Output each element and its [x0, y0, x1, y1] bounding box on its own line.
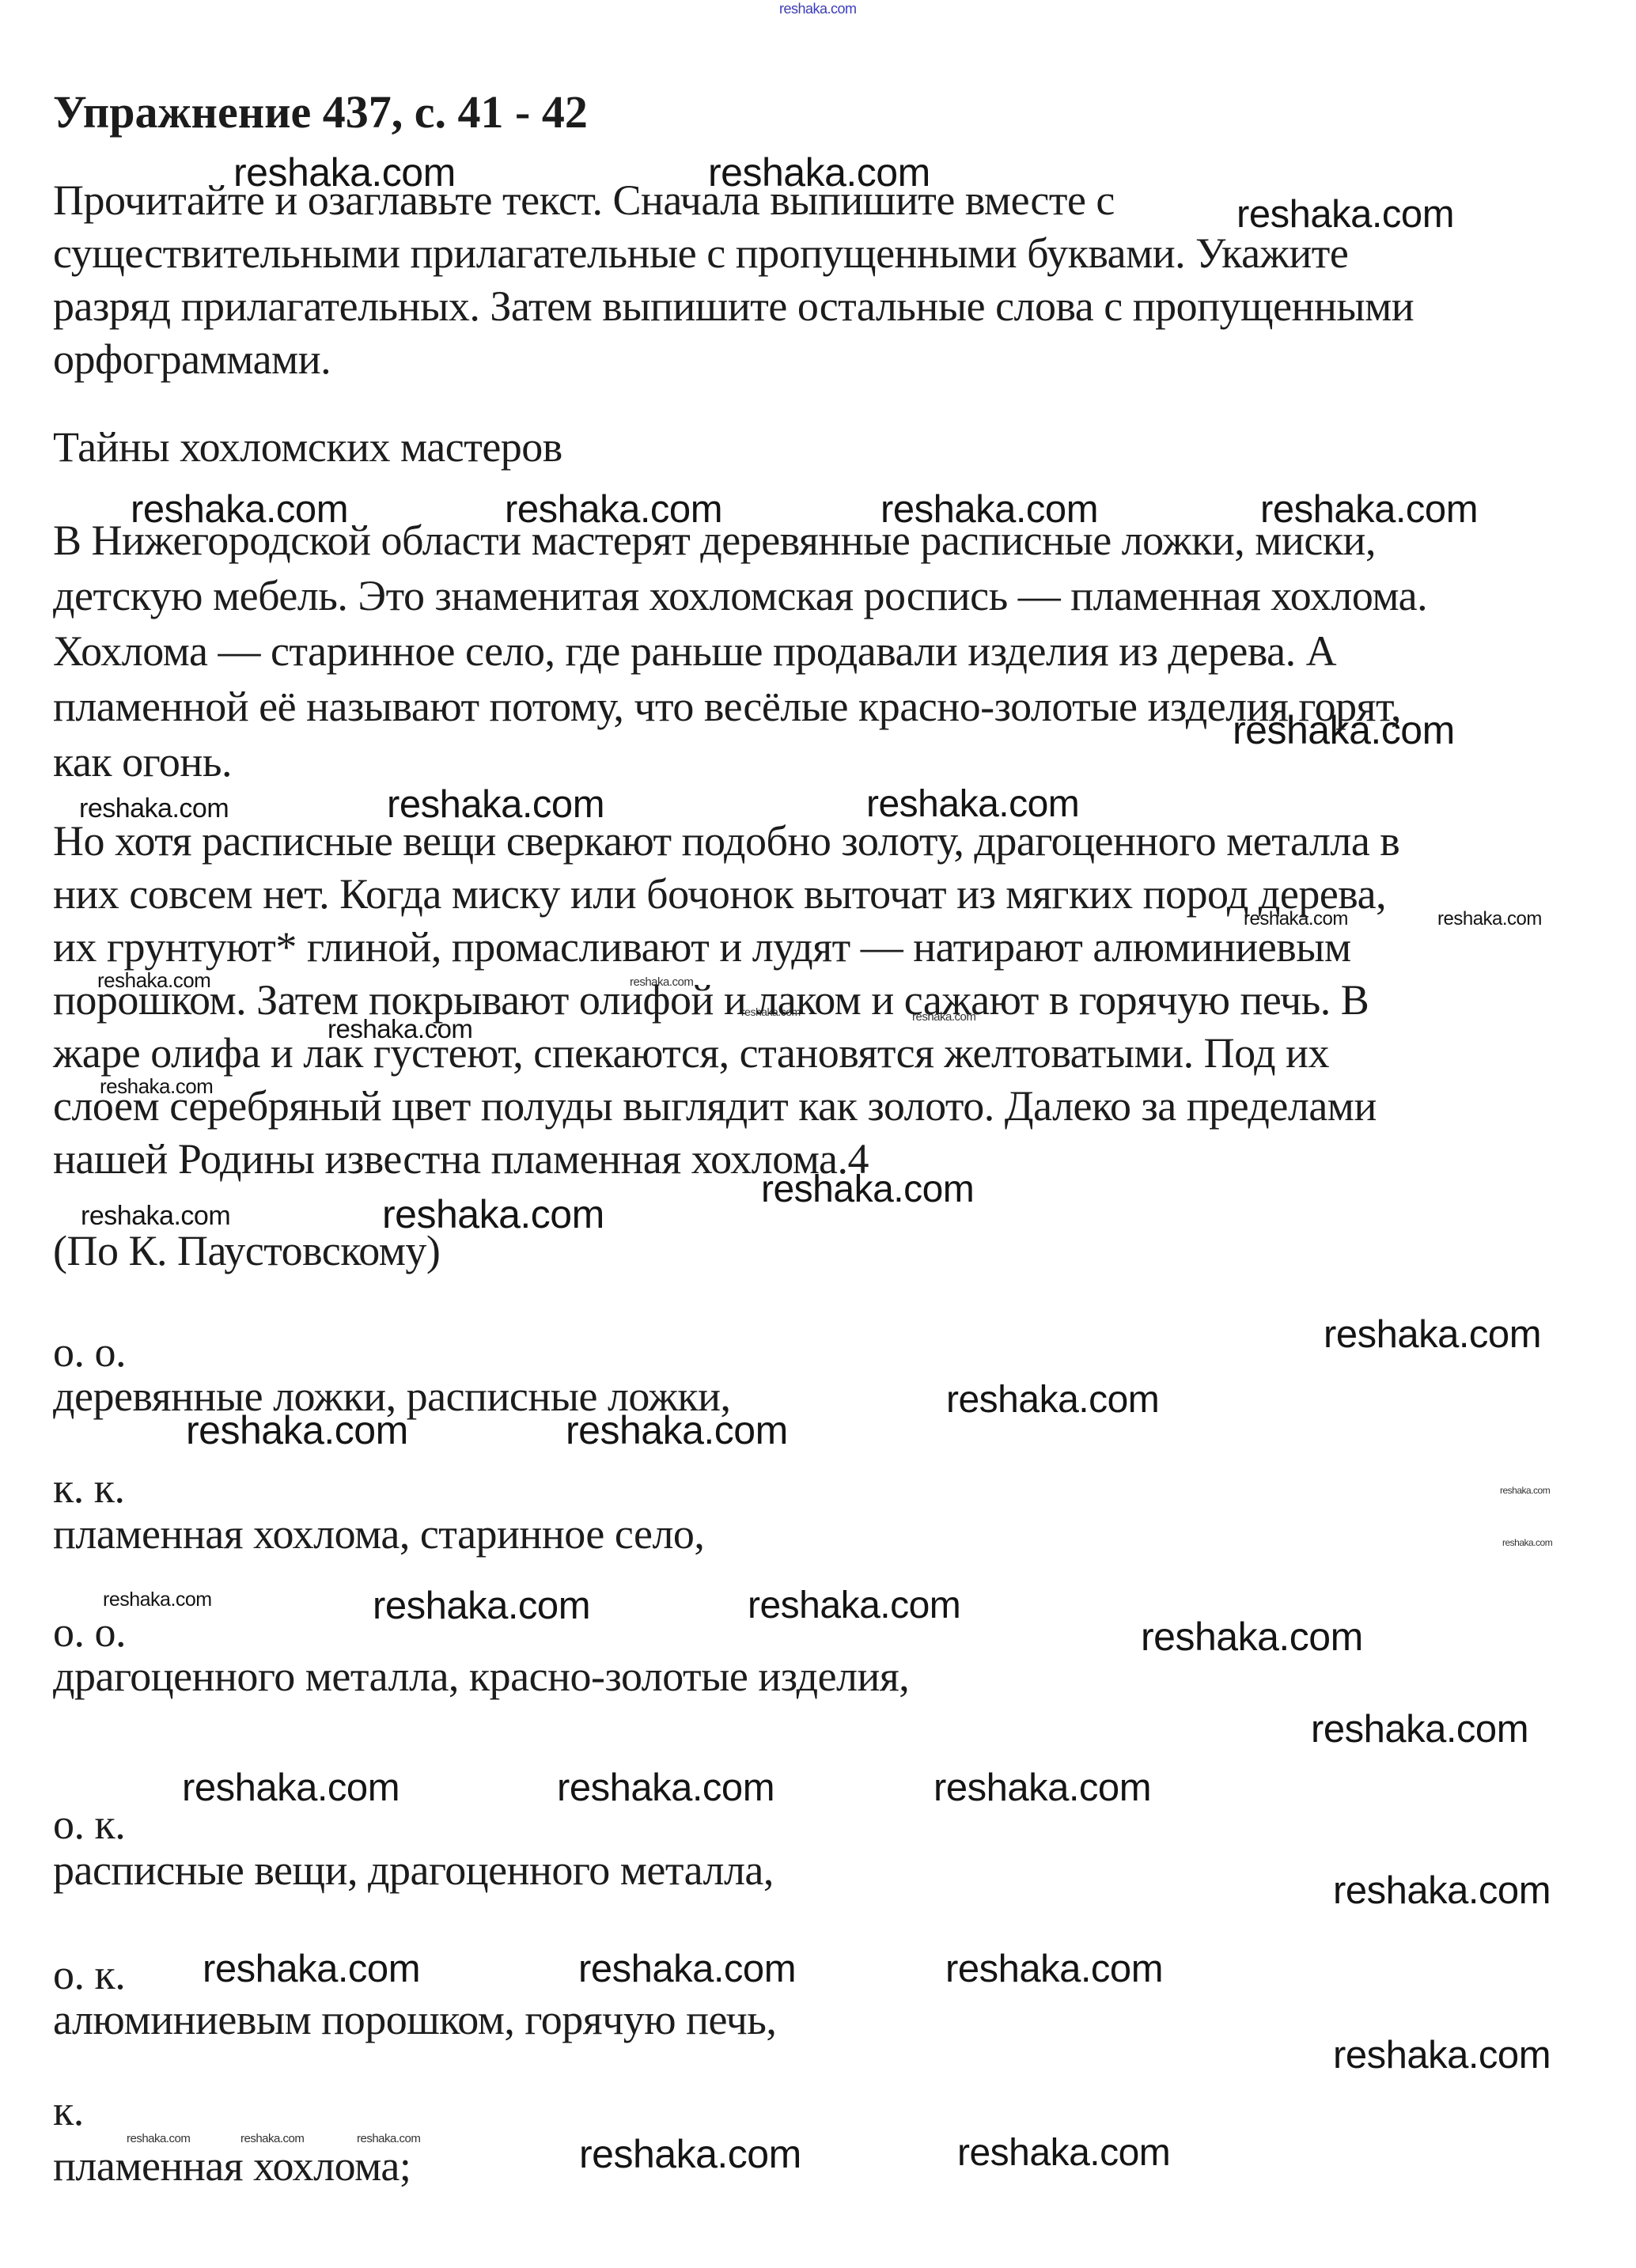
watermark-reshaka: reshaka.com — [1437, 910, 1542, 929]
text-line: как огонь. — [53, 734, 1427, 789]
answer-marker: о. о. — [53, 1607, 126, 1657]
watermark-reshaka: reshaka.com — [1502, 1538, 1552, 1547]
watermark-reshaka: reshaka.com — [779, 2, 857, 16]
watermark-reshaka: reshaka.com — [1500, 1486, 1550, 1495]
answer-marker: о. к. — [53, 1800, 125, 1849]
watermark-reshaka: reshaka.com — [203, 1950, 420, 1989]
text-line: порошком. Затем покрывают олифой и лаком… — [53, 974, 1399, 1027]
watermark-reshaka: reshaka.com — [373, 1587, 590, 1626]
text-line: пламенной её называют потому, что весёлы… — [53, 679, 1427, 734]
answer-text: алюминиевым порошком, горячую печь, — [53, 1995, 776, 2044]
answer-text: пламенная хохлома; — [53, 2141, 411, 2190]
text-line: детскую мебель. Это знаменитая хохломска… — [53, 568, 1427, 623]
watermark-reshaka: reshaka.com — [1141, 1617, 1363, 1657]
watermark-reshaka: reshaka.com — [81, 1202, 230, 1229]
watermark-reshaka: reshaka.com — [945, 1950, 1163, 1989]
text-subtitle: Тайны хохломских мастеров — [53, 422, 562, 471]
attribution: (По К. Паустовскому) — [53, 1226, 440, 1275]
answer-marker: к. к. — [53, 1463, 124, 1513]
answer-text: драгоценного металла, красно-золотые изд… — [53, 1652, 909, 1701]
document-page: reshaka.comreshaka.comreshaka.comreshaka… — [0, 0, 1636, 2268]
text-line: них совсем нет. Когда миску или бочонок … — [53, 868, 1399, 921]
text-line: слоем серебряный цвет полуды выглядит ка… — [53, 1080, 1399, 1133]
watermark-reshaka: reshaka.com — [578, 1950, 796, 1989]
answer-marker: о. к. — [53, 1950, 125, 1999]
watermark-reshaka: reshaka.com — [957, 2134, 1170, 2172]
text-line: Хохлома — старинное село, где раньше про… — [53, 623, 1427, 679]
exercise-title: Упражнение 437, с. 41 - 42 — [53, 85, 588, 138]
text-line: существительными прилагательные с пропущ… — [53, 227, 1414, 280]
body-paragraph-1: В Нижегородской области мастерят деревян… — [53, 513, 1427, 789]
watermark-reshaka: reshaka.com — [1333, 2036, 1551, 2075]
text-line: В Нижегородской области мастерят деревян… — [53, 513, 1427, 568]
text-line: орфограммами. — [53, 333, 1414, 386]
watermark-reshaka: reshaka.com — [1324, 1316, 1541, 1354]
watermark-reshaka: reshaka.com — [934, 1769, 1151, 1808]
text-line: Прочитайте и озаглавьте текст. Сначала в… — [53, 174, 1414, 227]
answer-marker: о. о. — [53, 1327, 126, 1376]
text-line: разряд прилагательных. Затем выпишите ос… — [53, 280, 1414, 333]
watermark-reshaka: reshaka.com — [579, 2134, 801, 2174]
watermark-reshaka: reshaka.com — [946, 1381, 1159, 1419]
instruction-paragraph: Прочитайте и озаглавьте текст. Сначала в… — [53, 174, 1414, 386]
answer-text: пламенная хохлома, старинное село, — [53, 1509, 704, 1558]
watermark-reshaka: reshaka.com — [182, 1769, 400, 1808]
text-line: Но хотя расписные вещи сверкают подобно … — [53, 815, 1399, 868]
text-line: жаре олифа и лак густеют, спекаются, ста… — [53, 1027, 1399, 1080]
answer-marker: к. — [53, 2086, 84, 2135]
text-line: их грунтуют* глиной, промасливают и лудя… — [53, 921, 1399, 974]
watermark-reshaka: reshaka.com — [1311, 1710, 1528, 1749]
text-line: нашей Родины известна пламенная хохлома.… — [53, 1133, 1399, 1186]
watermark-reshaka: reshaka.com — [557, 1769, 774, 1808]
watermark-reshaka: reshaka.com — [1333, 1872, 1551, 1910]
watermark-reshaka: reshaka.com — [748, 1587, 960, 1625]
answer-text: расписные вещи, драгоценного металла, — [53, 1846, 774, 1895]
answer-text: деревянные ложки, расписные ложки, — [53, 1372, 731, 1421]
body-paragraph-2: Но хотя расписные вещи сверкают подобно … — [53, 815, 1399, 1186]
